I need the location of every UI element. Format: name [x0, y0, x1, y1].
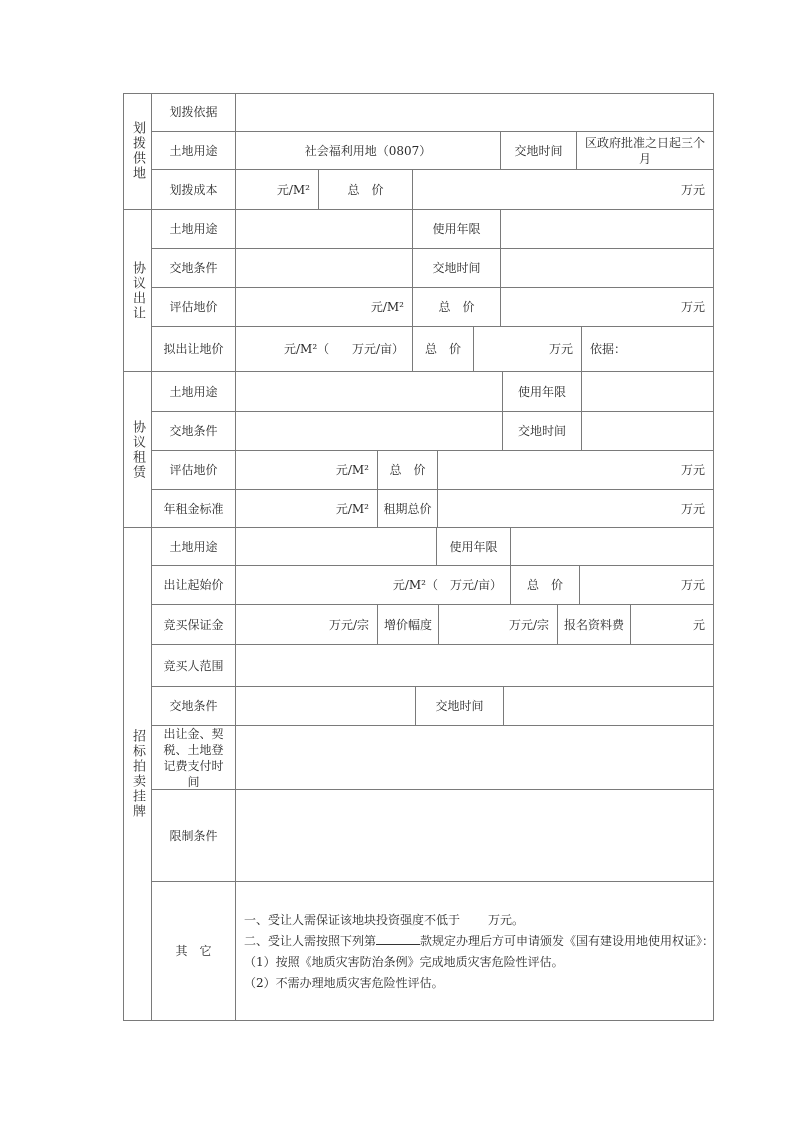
transfer-conditions-label: 交地条件: [152, 249, 236, 288]
auction-fee-field[interactable]: 元: [631, 605, 714, 645]
auction-land-use-field[interactable]: [236, 528, 437, 566]
auction-restrictions-field[interactable]: [236, 790, 714, 882]
auction-total-label: 总 价: [511, 566, 580, 605]
allocation-cost-unit: 元/M²: [277, 182, 310, 198]
allocation-total-label: 总 价: [319, 170, 413, 210]
transfer-proposed-total-field[interactable]: 万元: [474, 327, 582, 372]
auction-deposit-label: 竞买保证金: [152, 605, 236, 645]
allocation-cost-field[interactable]: 元/M²: [236, 170, 319, 210]
auction-others-label: 其 它: [152, 882, 236, 1021]
auction-total-field[interactable]: 万元: [580, 566, 714, 605]
allocation-delivery-time-label: 交地时间: [501, 132, 577, 170]
lease-total-field[interactable]: 万元: [438, 451, 714, 490]
auction-increment-label: 增价幅度: [378, 605, 439, 645]
transfer-proposed-unit-1: 元/M²（: [284, 341, 329, 357]
transfer-appraised-label: 评估地价: [152, 288, 236, 327]
lease-annual-rent-field[interactable]: 元/M²: [236, 490, 378, 528]
auction-start-price-field[interactable]: 元/M²（ 万元/亩）: [236, 566, 511, 605]
lease-total-unit: 万元: [681, 462, 705, 478]
land-supply-form-page: 划拨供地 划拨依据 土地用途 社会福利用地（0807） 交地时间 区政府批准之日…: [0, 0, 793, 1121]
auction-land-use-label: 土地用途: [152, 528, 236, 566]
auction-fee-unit: 元: [693, 617, 705, 633]
allocation-land-use-value[interactable]: 社会福利用地（0807）: [236, 132, 501, 170]
lease-total-period-unit: 万元: [681, 501, 705, 517]
lease-term-field[interactable]: [582, 372, 714, 412]
auction-others-content: 一、受让人需保证该地块投资强度不低于万元。 二、受让人需按照下列第款规定办理后方…: [236, 882, 714, 1021]
transfer-appraised-field[interactable]: 元/M²: [236, 288, 413, 327]
allocation-cost-label: 划拨成本: [152, 170, 236, 210]
transfer-total-field[interactable]: 万元: [501, 288, 714, 327]
others-line-4: （2）不需办理地质灾害危险性评估。: [244, 973, 713, 994]
transfer-total-label: 总 价: [413, 288, 501, 327]
section-label-agreement-transfer: 协议出让: [123, 210, 152, 372]
lease-appraised-label: 评估地价: [152, 451, 236, 490]
auction-increment-unit: 万元/宗: [509, 617, 549, 633]
lease-total-period-label: 租期总价: [378, 490, 438, 528]
lease-total-label: 总 价: [378, 451, 438, 490]
transfer-appraised-unit: 元/M²: [371, 299, 404, 315]
clause-number-blank[interactable]: [376, 932, 420, 945]
auction-conditions-label: 交地条件: [152, 687, 236, 726]
lease-annual-rent-label: 年租金标准: [152, 490, 236, 528]
allocation-basis-field[interactable]: [236, 93, 714, 132]
auction-deposit-field[interactable]: 万元/宗: [236, 605, 378, 645]
lease-delivery-time-field[interactable]: [582, 412, 714, 451]
auction-payment-time-field[interactable]: [236, 726, 714, 790]
transfer-proposed-total-unit: 万元: [549, 341, 573, 357]
transfer-total-unit: 万元: [681, 299, 705, 315]
transfer-basis-field[interactable]: 依据：: [582, 327, 714, 372]
lease-conditions-label: 交地条件: [152, 412, 236, 451]
lease-conditions-field[interactable]: [236, 412, 503, 451]
allocation-basis-label: 划拨依据: [152, 93, 236, 132]
others-line-2: 二、受让人需按照下列第款规定办理后方可申请颁发《国有建设用地使用权证》：: [244, 931, 713, 952]
section-label-agreement-lease: 协议租赁: [123, 372, 152, 528]
transfer-basis-label: 依据：: [590, 341, 626, 357]
transfer-land-use-label: 土地用途: [152, 210, 236, 249]
transfer-land-use-field[interactable]: [236, 210, 413, 249]
auction-term-field[interactable]: [511, 528, 714, 566]
auction-start-price-unit: 元/M²（ 万元/亩）: [393, 577, 502, 593]
transfer-conditions-field[interactable]: [236, 249, 413, 288]
transfer-delivery-time-label: 交地时间: [413, 249, 501, 288]
lease-annual-rent-unit: 元/M²: [336, 501, 369, 517]
transfer-proposed-unit-2: 万元/亩）: [352, 341, 404, 357]
auction-increment-field[interactable]: 万元/宗: [439, 605, 558, 645]
lease-total-period-field[interactable]: 万元: [438, 490, 714, 528]
allocation-total-unit: 万元: [681, 182, 705, 198]
auction-payment-time-label: 出让金、契税、土地登记费支付时间: [152, 726, 236, 790]
lease-land-use-label: 土地用途: [152, 372, 236, 412]
transfer-term-field[interactable]: [501, 210, 714, 249]
others-line-3: （1）按照《地质灾害防治条例》完成地质灾害危险性评估。: [244, 952, 713, 973]
transfer-proposed-label: 拟出让地价: [152, 327, 236, 372]
auction-bidder-scope-label: 竞买人范围: [152, 645, 236, 687]
section-label-auction: 招标拍卖挂牌: [123, 528, 152, 1021]
auction-fee-label: 报名资料费: [558, 605, 631, 645]
lease-land-use-field[interactable]: [236, 372, 503, 412]
auction-delivery-time-field[interactable]: [504, 687, 714, 726]
transfer-proposed-field[interactable]: 元/M²（ 万元/亩）: [236, 327, 413, 372]
auction-restrictions-label: 限制条件: [152, 790, 236, 882]
others-line-1: 一、受让人需保证该地块投资强度不低于万元。: [244, 910, 713, 931]
auction-term-label: 使用年限: [437, 528, 511, 566]
auction-conditions-field[interactable]: [236, 687, 416, 726]
auction-delivery-time-label: 交地时间: [416, 687, 504, 726]
auction-bidder-scope-field[interactable]: [236, 645, 714, 687]
allocation-delivery-time-value[interactable]: 区政府批准之日起三个月: [577, 132, 714, 170]
lease-appraised-unit: 元/M²: [336, 462, 369, 478]
lease-delivery-time-label: 交地时间: [503, 412, 582, 451]
lease-appraised-field[interactable]: 元/M²: [236, 451, 378, 490]
lease-term-label: 使用年限: [503, 372, 582, 412]
transfer-delivery-time-field[interactable]: [501, 249, 714, 288]
auction-deposit-unit: 万元/宗: [329, 617, 369, 633]
section-label-allocation: 划拨供地: [123, 93, 152, 210]
allocation-total-field[interactable]: 万元: [413, 170, 714, 210]
allocation-land-use-label: 土地用途: [152, 132, 236, 170]
auction-total-unit: 万元: [681, 577, 705, 593]
transfer-term-label: 使用年限: [413, 210, 501, 249]
auction-start-price-label: 出让起始价: [152, 566, 236, 605]
transfer-proposed-total-label: 总 价: [413, 327, 474, 372]
